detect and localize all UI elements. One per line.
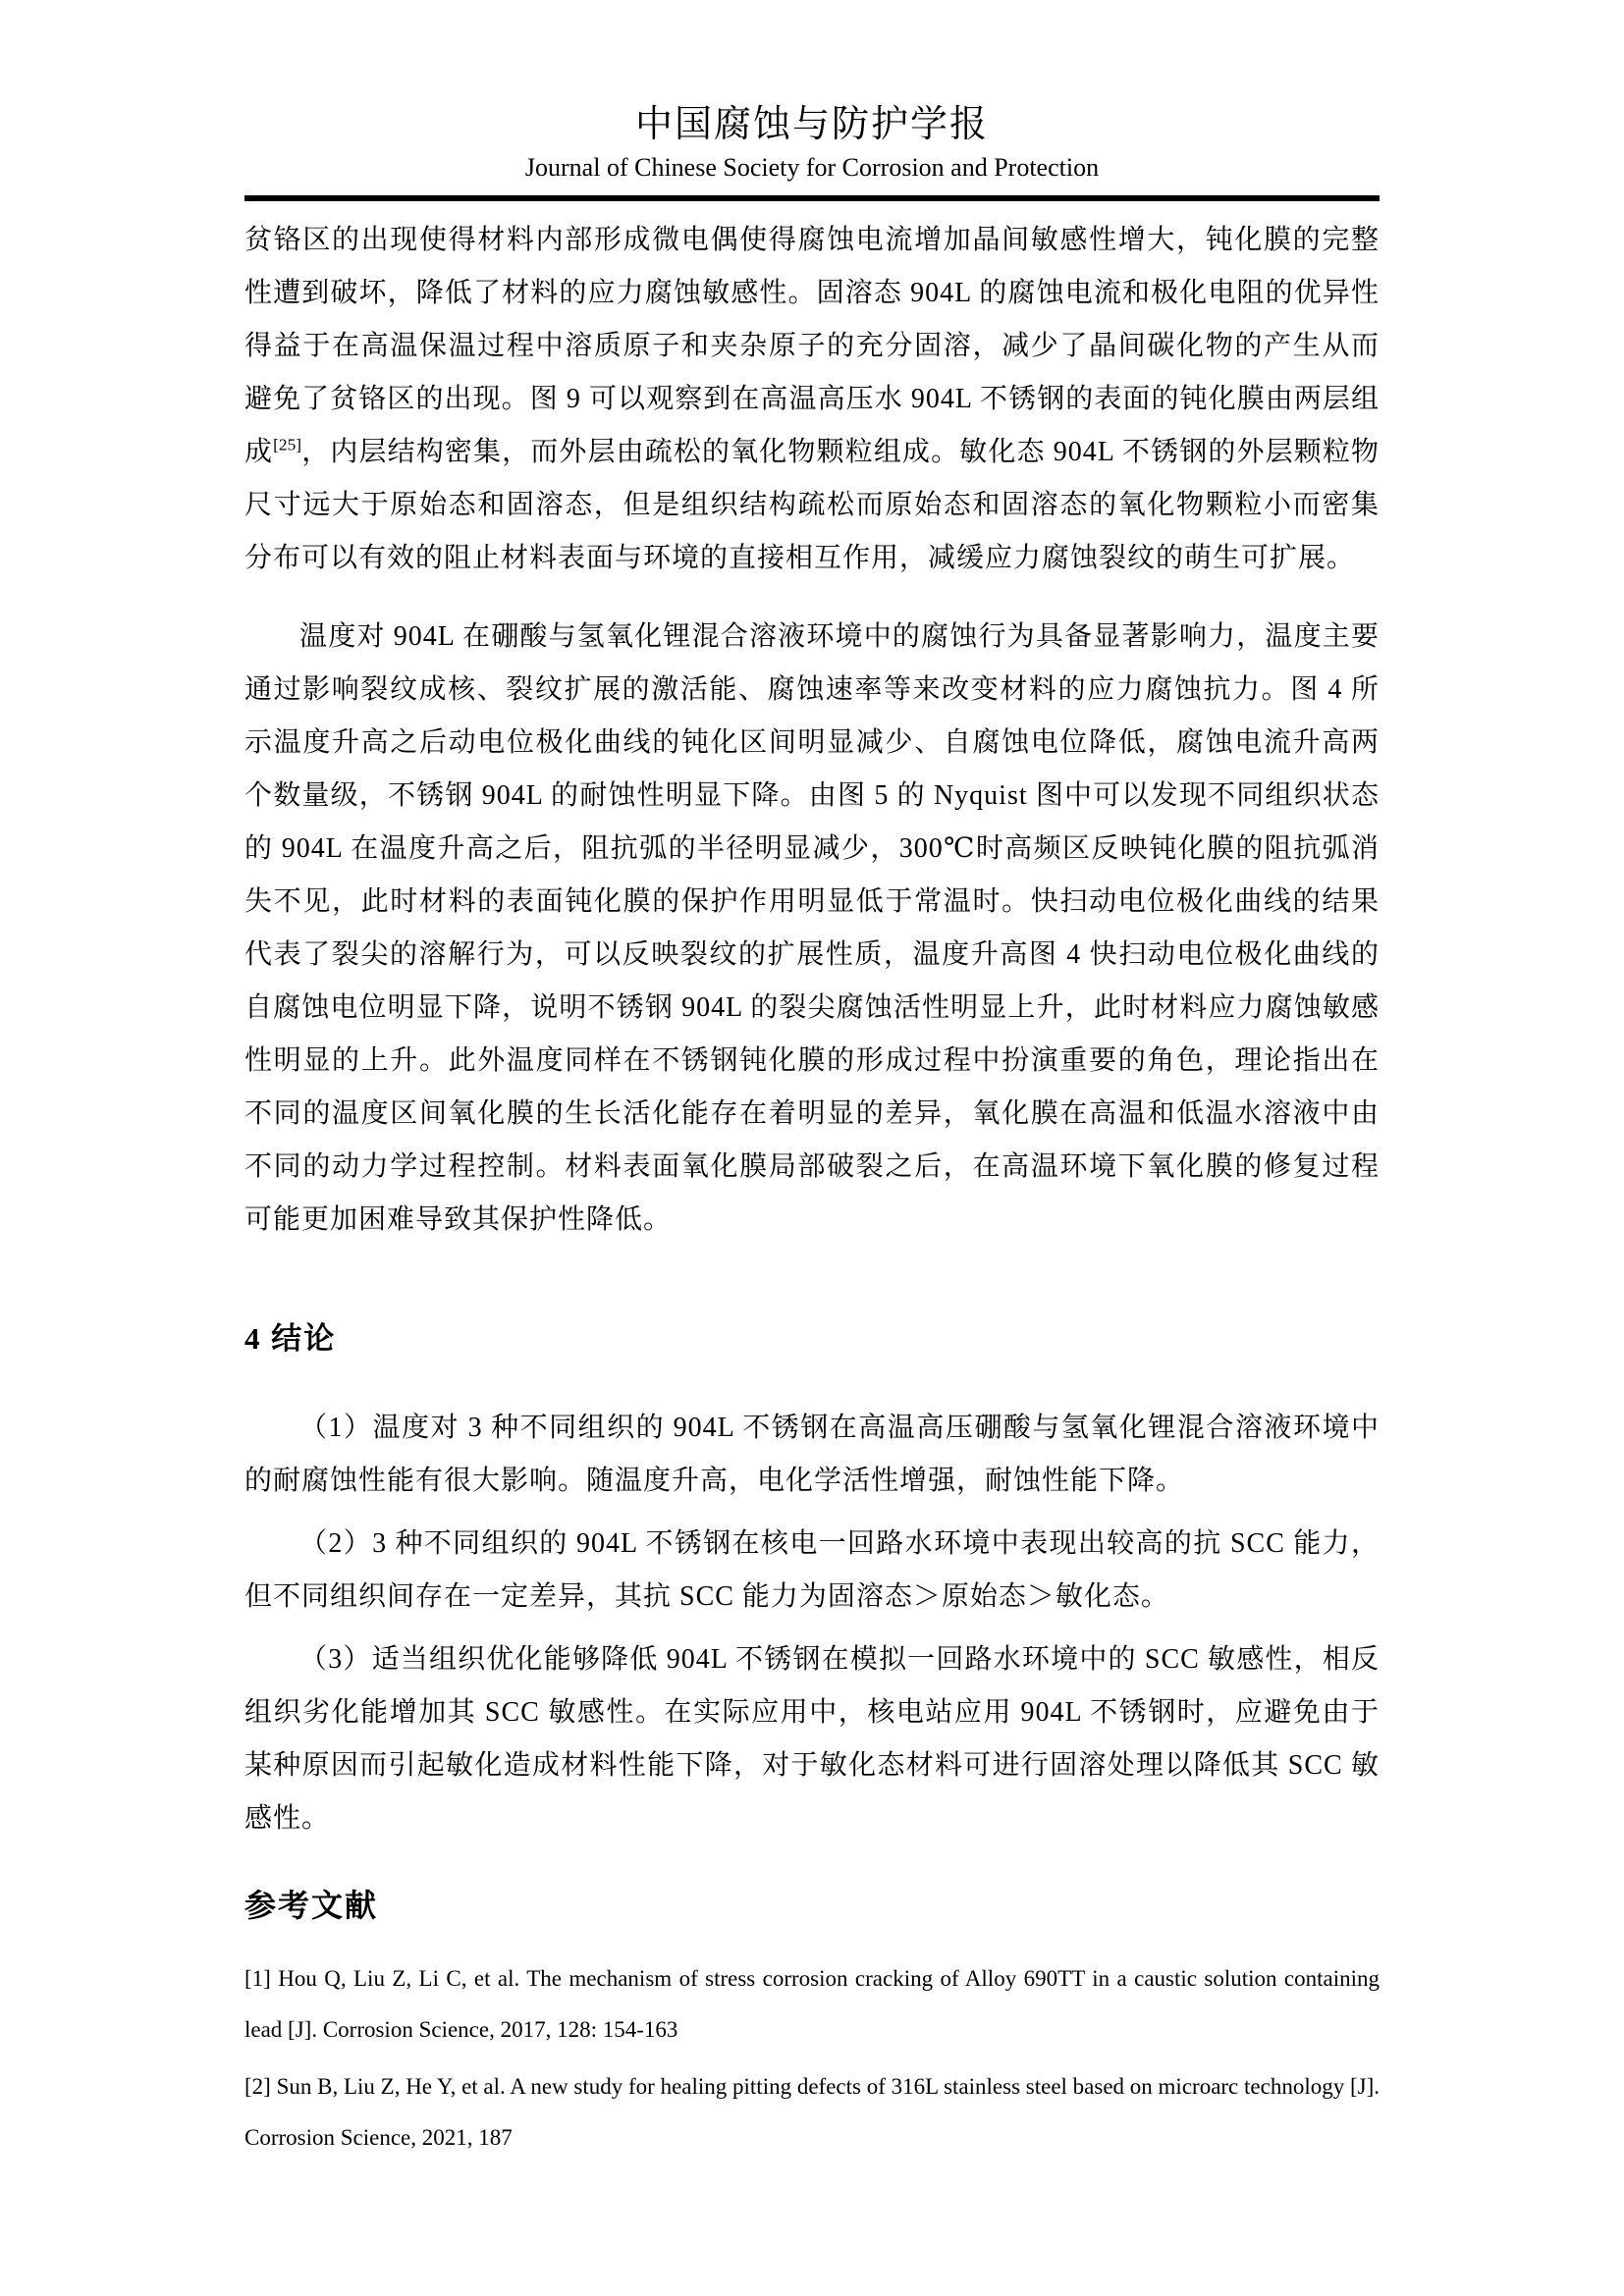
- paragraph-1-text-before-citation: 贫铬区的出现使得材料内部形成微电偶使得腐蚀电流增加晶间敏感性增大，钝化膜的完整性…: [244, 225, 1380, 467]
- conclusion-item-1: （1）温度对 3 种不同组织的 904L 不锈钢在高温高压硼酸与氢氧化锂混合溶液…: [244, 1402, 1380, 1508]
- conclusion-item-2: （2）3 种不同组织的 904L 不锈钢在核电一回路水环境中表现出较高的抗 SC…: [244, 1518, 1380, 1624]
- document-page: 中国腐蚀与防护学报 Journal of Chinese Society for…: [0, 0, 1624, 2296]
- header-rule: [244, 195, 1380, 201]
- conclusion-heading: 4 结论: [244, 1317, 1380, 1361]
- references-heading: 参考文献: [244, 1883, 1380, 1928]
- conclusion-item-3: （3）适当组织优化能够降低 904L 不锈钢在模拟一回路水环境中的 SCC 敏感…: [244, 1633, 1380, 1845]
- page-content: 中国腐蚀与防护学报 Journal of Chinese Society for…: [244, 0, 1380, 2163]
- journal-title-chinese: 中国腐蚀与防护学报: [244, 102, 1380, 147]
- body-paragraph-2: 温度对 904L 在硼酸与氢氧化锂混合溶液环境中的腐蚀行为具备显著影响力，温度主…: [244, 611, 1380, 1247]
- paragraph-1-text-after-citation: ，内层结构密集，而外层由疏松的氧化物颗粒组成。敏化态 904L 不锈钢的外层颗粒…: [244, 437, 1380, 573]
- reference-item-1: [1] Hou Q, Liu Z, Li C, et al. The mecha…: [244, 1953, 1380, 2056]
- body-paragraph-1: 贫铬区的出现使得材料内部形成微电偶使得腐蚀电流增加晶间敏感性增大，钝化膜的完整性…: [244, 214, 1380, 585]
- reference-item-2: [2] Sun B, Liu Z, He Y, et al. A new stu…: [244, 2061, 1380, 2163]
- citation-marker-25: [25]: [273, 436, 301, 454]
- journal-header: 中国腐蚀与防护学报 Journal of Chinese Society for…: [244, 102, 1380, 201]
- journal-title-english: Journal of Chinese Society for Corrosion…: [244, 151, 1380, 185]
